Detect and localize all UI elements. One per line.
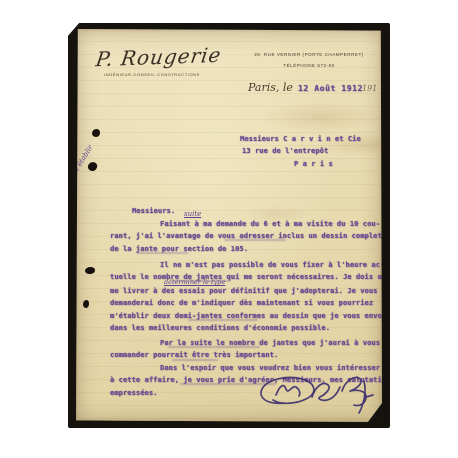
body-line: me livrer à des essais pour définitif qu… (110, 285, 378, 298)
letterhead-phone: TÉLÉPHONE 572-90 (234, 63, 384, 68)
scanned-letter-screenshot: P. Rougerie Ingénieur-Conseil-Constructi… (0, 0, 458, 458)
salutation: Messieurs. (132, 205, 175, 218)
ink-blot (85, 267, 95, 274)
dateline-printed-year: 191 (362, 84, 377, 93)
letterhead-subtitle: Ingénieur-Conseil-Constructions (104, 72, 200, 77)
recipient-line1: Messieurs C a r v i n et Cie (240, 133, 361, 146)
ink-blot (92, 129, 100, 137)
ink-blot (87, 161, 99, 173)
body-line: tuelle le nombre de jantes qui me seront… (110, 271, 382, 284)
ink-smear (224, 239, 286, 241)
ink-smear (172, 280, 230, 282)
dateline-place-script: Paris, le (248, 81, 293, 94)
handwritten-insert-suite: suite (184, 210, 201, 218)
ink-blot (83, 300, 89, 308)
ink-smear (188, 319, 258, 321)
body-line: empressées. (110, 387, 157, 400)
recipient-line2: 13 rue de l'entrepôt (242, 145, 328, 158)
signature-flourish (254, 369, 389, 417)
body-line: dans les meilleures conditions d'économi… (110, 322, 330, 335)
ink-smear (168, 346, 260, 348)
ink-smear (172, 359, 218, 361)
body-line: Il ne m'est pas possible de vous fixer à… (160, 259, 384, 272)
ink-smear (136, 252, 188, 254)
letterhead-name: P. Rougerie (94, 43, 223, 72)
letterhead-address: 28, RUE VERNIER (Porte Champerret) (234, 52, 384, 57)
letter-paper: P. Rougerie Ingénieur-Conseil-Constructi… (76, 29, 382, 422)
photo-frame: P. Rougerie Ingénieur-Conseil-Constructi… (68, 23, 390, 428)
recipient-line3: P a r i s (294, 158, 333, 171)
body-line: Faisant à ma demande du 6 et à ma visite… (160, 218, 380, 231)
dateline-typed-date: 12 Août 1912 (298, 84, 363, 93)
body-line: demanderai donc de m'indiquer dès mainte… (110, 297, 373, 310)
